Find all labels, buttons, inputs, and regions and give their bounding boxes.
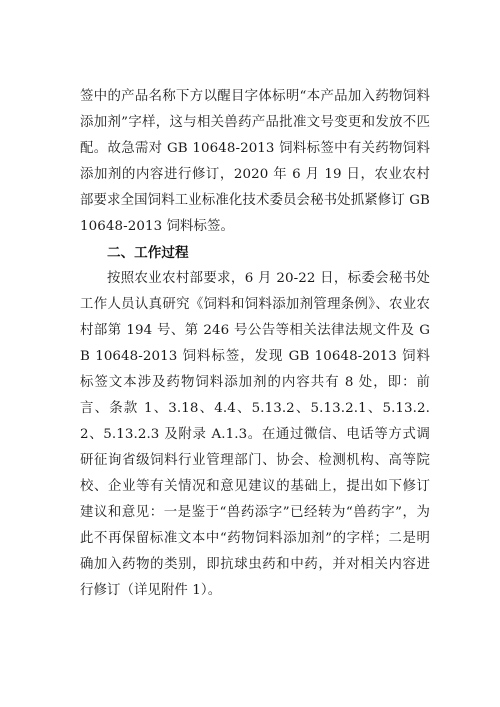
section-heading: 二、工作过程: [80, 240, 430, 266]
document-body: 签中的产品名称下方以醒目字体标明“本产品加入药物饲料添加剂”字样，这与相关兽药产…: [80, 84, 430, 604]
document-page: 签中的产品名称下方以醒目字体标明“本产品加入药物饲料添加剂”字样，这与相关兽药产…: [0, 0, 500, 707]
paragraph-continuation: 签中的产品名称下方以醒目字体标明“本产品加入药物饲料添加剂”字样，这与相关兽药产…: [80, 84, 430, 240]
paragraph-work-process: 按照农业农村部要求，6 月 20-22 日，标委会秘书处工作人员认真研究《饲料和…: [80, 266, 430, 604]
